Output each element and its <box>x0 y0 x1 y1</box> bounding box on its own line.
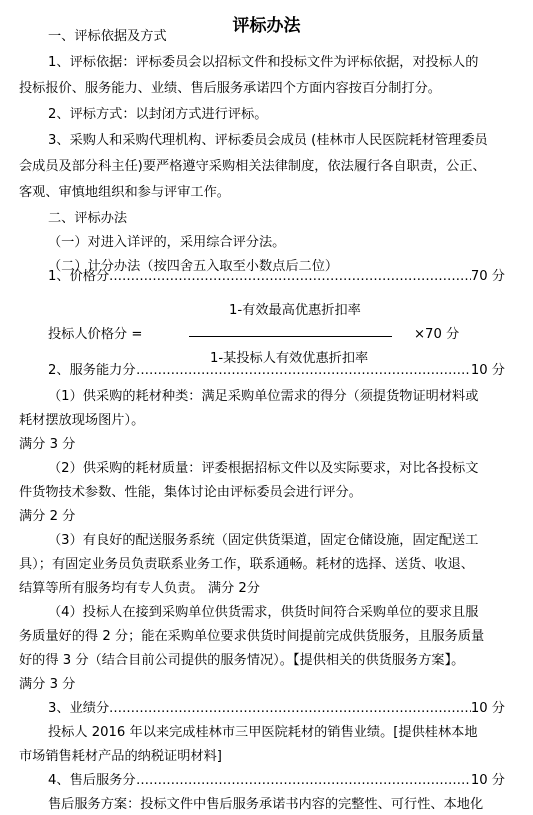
formula-lhs: 投标人价格分 = <box>48 324 142 346</box>
paragraph-line: 3、采购人和采购代理机构、评标委员会成员 (桂林市人民医院耗材管理委员 <box>48 130 488 152</box>
formula-denominator: 1-某投标人有效优惠折扣率 <box>210 348 368 370</box>
paragraph-line: 2、评标方式：以封闭方式进行评标。 <box>48 104 267 126</box>
score-value: 10 分 <box>471 360 505 382</box>
score-item-label: 2、服务能力分 <box>48 360 136 382</box>
paragraph-line: 结算等所有服务均有专人负责。 满分 2分 <box>19 578 260 600</box>
paragraph-line: 1、评标依据：评标委员会以招标文件和投标文件为评标依据，对投标人的 <box>48 52 478 74</box>
paragraph-line: 耗材摆放现场图片）。 <box>19 410 144 432</box>
score-item-label: 3、业绩分 <box>48 698 109 720</box>
score-item-label: 4、售后服务分 <box>48 770 136 792</box>
paragraph-line: （一）对进入详评的，采用综合评分法。 <box>48 232 285 254</box>
paragraph-line: 投标报价、服务能力、业绩、售后服务承诺四个方面内容按百分制打分。 <box>19 78 441 100</box>
paragraph-line: 满分 3 分 <box>19 674 75 696</box>
paragraph-line: 投标人 2016 年以来完成桂林市三甲医院耗材的销售业绩。[提供桂林本地 <box>48 722 478 744</box>
dot-leader: …………………………………………………………………………………… <box>109 266 471 288</box>
paragraph-line: （1）供采购的耗材种类：满足采购单位需求的得分（须提货物证明材料或 <box>48 386 478 408</box>
score-item-label: 1、价格分 <box>48 266 109 288</box>
dot-leader: …………………………………………………………………………………… <box>136 770 471 792</box>
paragraph-line: 会成员及部分科主任)要严格遵守采购相关法律制度，依法履行各自职责，公正、 <box>19 156 486 178</box>
paragraph-line: 市场销售耗材产品的纳税证明材料] <box>19 746 222 768</box>
paragraph-line: （4）投标人在接到采购单位供货需求，供货时间符合采购单位的要求且服 <box>48 602 478 624</box>
paragraph-line: 售后服务方案：投标文件中售后服务承诺书内容的完整性、可行性、本地化 <box>48 794 483 815</box>
score-value: 70 分 <box>471 266 505 288</box>
paragraph-line: （3）有良好的配送服务系统（固定供货渠道，固定仓储设施，固定配送工 <box>48 530 478 552</box>
paragraph-line: 具）；有固定业务员负责联系业务工作，联系通畅。耗材的选择、送货、收退、 <box>19 554 474 576</box>
document-page: 评标办法 一、评标依据及方式1、评标依据：评标委员会以招标文件和投标文件为评标依… <box>0 0 533 815</box>
fraction-bar <box>189 336 392 337</box>
dot-leader: …………………………………………………………………………………… <box>109 698 471 720</box>
formula-multiplier: ×70 分 <box>414 324 459 346</box>
score-value: 10 分 <box>471 770 505 792</box>
paragraph-line: 满分 2 分 <box>19 506 75 528</box>
paragraph-line: 件货物技术参数、性能，集体讨论由评标委员会进行评分。 <box>19 482 362 504</box>
score-value: 10 分 <box>471 698 505 720</box>
paragraph-line: 满分 3 分 <box>19 434 75 456</box>
formula-numerator: 1-有效最高优惠折扣率 <box>229 300 361 322</box>
paragraph-line: 务质量好的得 2 分；能在采购单位要求供货时间提前完成供货服务，且服务质量 <box>19 626 484 648</box>
paragraph-line: 一、评标依据及方式 <box>48 26 167 48</box>
paragraph-line: 客观、审慎地组织和参与评审工作。 <box>19 182 230 204</box>
paragraph-line: 好的得 3 分（结合目前公司提供的服务情况）。【提供相关的供货服务方案】。 <box>19 650 464 672</box>
paragraph-line: （2）供采购的耗材质量：评委根据招标文件以及实际要求，对比各投标文 <box>48 458 478 480</box>
paragraph-line: 二、评标办法 <box>48 208 127 230</box>
